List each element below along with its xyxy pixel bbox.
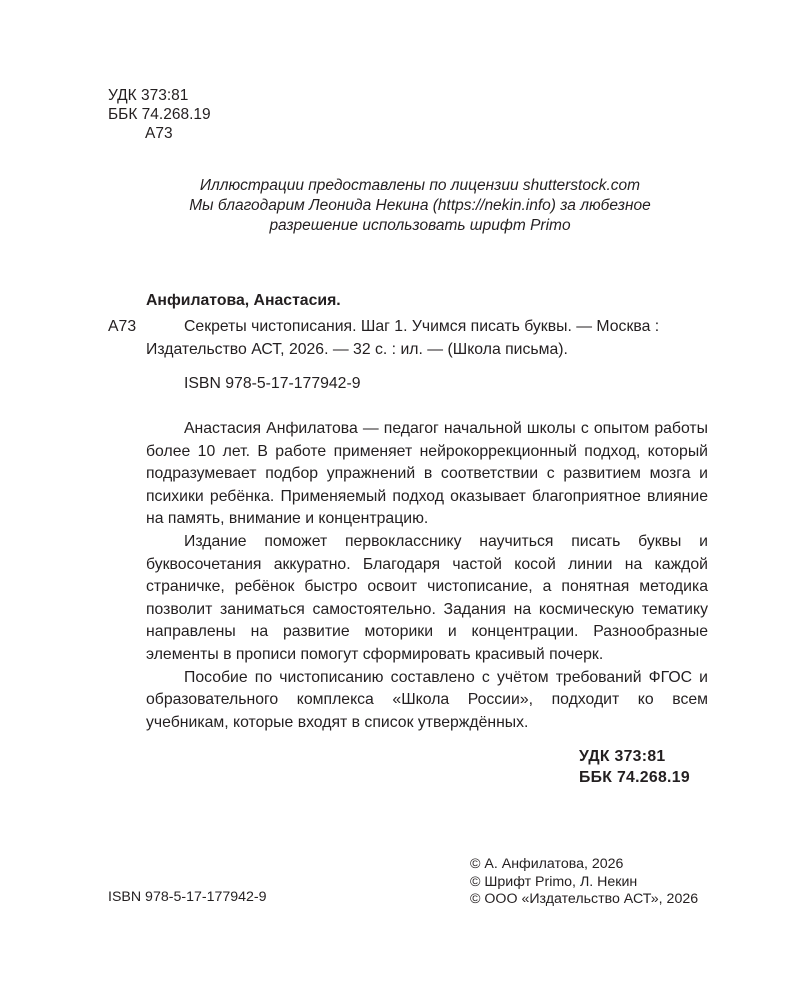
credits-line-2: Мы благодарим Леонида Некина (https://ne… bbox=[120, 196, 720, 216]
isbn-footer: ISBN 978-5-17-177942-9 bbox=[108, 888, 267, 906]
copyright-publisher: © ООО «Издательство АСТ», 2026 bbox=[470, 891, 698, 909]
isbn: ISBN 978-5-17-177942-9 bbox=[184, 374, 361, 394]
udk-code-bottom: УДК 373:81 bbox=[579, 746, 690, 767]
biblio-title-line-2: Издательство АСТ, 2026. — 32 с. : ил. — … bbox=[146, 338, 708, 361]
annotation: Анастасия Анфилатова — педагог начальной… bbox=[146, 418, 708, 734]
bottom-classification: УДК 373:81 ББК 74.268.19 bbox=[579, 746, 690, 788]
copyright-author: © А. Анфилатова, 2026 bbox=[470, 856, 698, 874]
udk-code: УДК 373:81 bbox=[108, 86, 211, 105]
bbk-code-bottom: ББК 74.268.19 bbox=[579, 767, 690, 788]
copyright-font: © Шрифт Primo, Л. Некин bbox=[470, 874, 698, 892]
bibliographic-description: Секреты чистописания. Шаг 1. Учимся писа… bbox=[146, 315, 708, 361]
annotation-paragraph: Издание поможет первокласснику научиться… bbox=[146, 531, 708, 667]
biblio-author-mark: А73 bbox=[108, 315, 136, 338]
credits-line-1: Иллюстрации предоставлены по лицензии sh… bbox=[120, 176, 720, 196]
top-classification: УДК 373:81 ББК 74.268.19 А73 bbox=[108, 86, 211, 143]
author-mark: А73 bbox=[108, 124, 211, 143]
copyright-notices: © А. Анфилатова, 2026 © Шрифт Primo, Л. … bbox=[470, 856, 698, 909]
illustration-credits: Иллюстрации предоставлены по лицензии sh… bbox=[120, 176, 720, 236]
annotation-paragraph: Анастасия Анфилатова — педагог начальной… bbox=[146, 418, 708, 531]
biblio-title-line-1: Секреты чистописания. Шаг 1. Учимся писа… bbox=[146, 315, 708, 338]
annotation-paragraph: Пособие по чистописанию составлено с учё… bbox=[146, 667, 708, 735]
author-heading: Анфилатова, Анастасия. bbox=[146, 291, 341, 311]
credits-line-3: разрешение использовать шрифт Primo bbox=[120, 216, 720, 236]
bbk-code: ББК 74.268.19 bbox=[108, 105, 211, 124]
